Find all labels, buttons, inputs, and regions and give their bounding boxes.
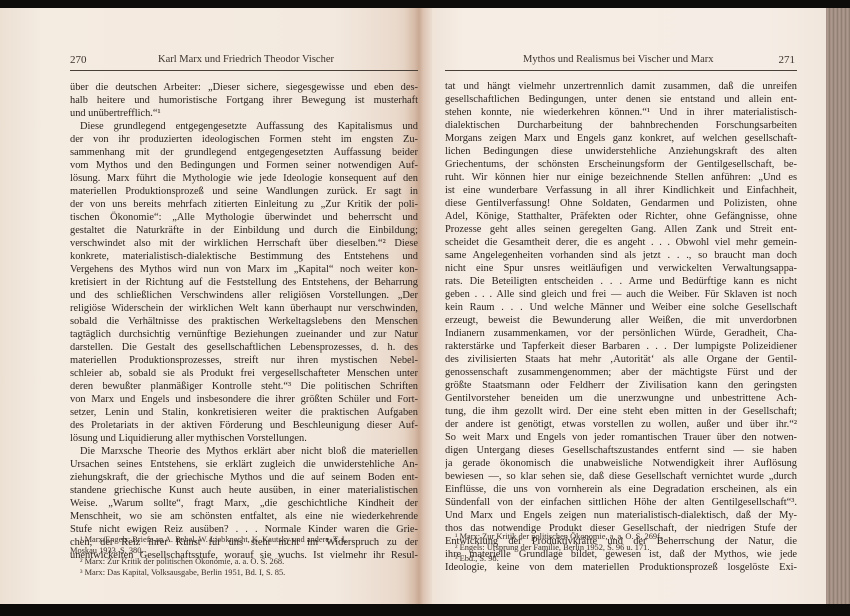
text-line: scheidet die Gesamtheit derer, die es an… [445, 236, 797, 249]
text-line: sammenhang mit der grundlegend entgegeng… [70, 146, 418, 159]
text-line: So weit Marx und Engels von jeder romant… [445, 431, 797, 444]
text-line: nicht eine Spur unsres weitläufigen und … [445, 262, 797, 275]
text-line: Die Marxsche Theorie des Mythos erklärt … [70, 445, 418, 458]
text-line: vom Mythos und den Bedingungen und Forme… [70, 159, 418, 172]
text-line: Vergehens des Mythos wird nun von Marx i… [70, 263, 418, 276]
text-line: des Proletariats in der aktiven Förderun… [70, 419, 418, 432]
footnote: ² Engels: Ursprung der Familie, Berlin 1… [445, 542, 795, 553]
footnote: ³ Marx: Das Kapital, Volksausgabe, Berli… [70, 567, 420, 578]
text-line: standene griechische Kunst auch heute au… [70, 484, 418, 497]
text-line: kein Raum . . . Und welche Männer und We… [445, 301, 797, 314]
text-line: und des schließlichen Verschwindens alle… [70, 289, 418, 302]
text-line: Prozesse geht alles seinen geregelten Ga… [445, 223, 797, 236]
text-line: Und Marx und Engels zeigen nun materiali… [445, 509, 797, 522]
text-line: gestaltet die Naturkräfte in der Einbild… [70, 224, 418, 237]
text-line: stehen konnte, nie wiederkehren können.“… [445, 106, 797, 119]
text-line: Adel, Könige, Statthalter, Präfekten ode… [445, 210, 797, 223]
text-line: des zivilisierten Staats hat mehr ‚Autor… [445, 353, 797, 366]
text-line: ziehungskraft, die der griechische Mytho… [70, 471, 418, 484]
footnote-continuation: Moskau 1933. S. 380. [70, 545, 420, 556]
text-line: bewiesen —, so klar sehen sie, daß diese… [445, 470, 797, 483]
text-line: konkrete, materialistisch-dialektische B… [70, 250, 418, 263]
left-running-header: 270 Karl Marx und Friedrich Theodor Visc… [70, 54, 418, 71]
text-line-italic-start: religiöse Widerschein der wirklichen Wel… [70, 302, 418, 315]
text-line: rats. Die Beteiligten entscheiden . . . … [445, 275, 797, 288]
text-line: der von uns bereits mehrfach zitierten E… [70, 198, 418, 211]
page-edges [826, 8, 850, 604]
left-page-number: 270 [70, 54, 87, 66]
text-line: materiellen Produktionsprozeß und seine … [70, 185, 418, 198]
text-line: gesellschaftlichen Bedingungen, unter de… [445, 93, 797, 106]
text-line: digen Untergang dieses Gesellschaftszust… [445, 444, 797, 457]
text-line: Morgans zeigen Marx und Engels ganz konk… [445, 132, 797, 145]
text-line: Diese grundlegend entgegengesetzte Auffa… [70, 120, 418, 133]
right-running-head-title: Mythos und Realismus bei Vischer und Mar… [523, 54, 714, 65]
right-running-header: Mythos und Realismus bei Vischer und Mar… [445, 54, 797, 71]
text-line: setzer, Lenin und Stalin, konkretisieren… [70, 406, 418, 419]
table-surface [0, 604, 850, 616]
text-line: geben . . . Alle sind gleich und frei — … [445, 288, 797, 301]
open-book: 270 Karl Marx und Friedrich Theodor Visc… [0, 8, 850, 604]
text-line: materiellen Produktionsprozesses, streif… [70, 354, 418, 367]
text-line: schleier ab, sobald sie als Produkt frei… [70, 367, 418, 380]
footnote: ³ Ebd., S. 98. [445, 553, 795, 564]
text-line: über die deutschen Arbeiter: „Dieser sic… [70, 81, 418, 94]
left-footnotes: ¹ Marx/Engels: Briefe an A. Bebel, W. Li… [70, 534, 420, 578]
text-line: rakterstärke und Tapferkeit dieser Barba… [445, 340, 797, 353]
text-line: Gentilvorsteher beneiden um die unerzwun… [445, 392, 797, 405]
text-line: ja gerade ökonomisch die unabweisliche N… [445, 457, 797, 470]
text-line: sobald die Verhältnisse des praktischen … [70, 315, 418, 328]
text-line: ist eine wunderbare Verfassung in all ih… [445, 184, 797, 197]
text-line: Indianern zusammenkamen, vor der persönl… [445, 327, 797, 340]
footnote: ¹ Marx/Engels: Briefe an A. Bebel, W. Li… [70, 534, 420, 545]
text-line: deren bewußter planmäßiger Kontrolle ste… [70, 380, 418, 393]
text-line: same Angelegenheiten vorhanden sind als … [445, 249, 797, 262]
left-body-text: über die deutschen Arbeiter: „Dieser sic… [70, 81, 418, 562]
text-line: lösung und Liquidierung aller mythischen… [70, 432, 418, 445]
text-line: darstellen. Die Gestalt des gesellschaft… [70, 341, 418, 354]
text-line: dialektischen Durcharbeitung der bahnbre… [445, 119, 797, 132]
left-running-head-title: Karl Marx und Friedrich Theodor Vischer [158, 54, 334, 65]
text-line: größte Staatsmann oder Feldherr der Zivi… [445, 379, 797, 392]
text-line: halb heitere und humoristische Fortgang … [70, 94, 418, 107]
text-line: Griechentums, der schönsten Erscheinungs… [445, 158, 797, 171]
right-page-number: 271 [779, 54, 796, 66]
text-line: Einflüsse, die uns von vornherein als ei… [445, 483, 797, 496]
text-line: genossenschaft zusammengenommen; aber de… [445, 366, 797, 379]
text-line: kretisiert in der Richtung auf die Fests… [70, 276, 418, 289]
text-line: der andere ist genötigt, etwas vorstelle… [445, 418, 797, 431]
text-line: Ursachen seines Entstehens, sie erklärt … [70, 458, 418, 471]
text-line: diese Gentilverfassung! Ohne Soldaten, G… [445, 197, 797, 210]
text-line: lichen Bedingungen diese unwiderstehlich… [445, 145, 797, 158]
text-line: ruht. Wir können hier nur einige bezeich… [445, 171, 797, 184]
footnote: ² Marx: Zur Kritik der politischen Ökono… [70, 556, 420, 567]
text-line: Weise. „Warum sollte“, fragt Marx, „die … [70, 497, 418, 510]
text-line: von Marx und Engels und insbesondere die… [70, 393, 418, 406]
text-line: und unübertrefflich.“¹ [70, 107, 418, 120]
text-line: verschwindet also mit der wirklichen Her… [70, 237, 418, 250]
text-line: tischen Ökonomie“: „Alle Mythologie über… [70, 211, 418, 224]
text-line: Menschheit, wo sie am schönsten entfalte… [70, 510, 418, 523]
right-body-text: tat und hängt vielmehr unzertrennlich da… [445, 80, 797, 574]
text-line: Sündenfall von der einfachen sittlichen … [445, 496, 797, 509]
text-line: tat und hängt vielmehr unzertrennlich da… [445, 80, 797, 93]
right-footnotes: ¹ Marx: Zur Kritik der politischen Ökono… [445, 531, 795, 564]
text-line: tagtäglich durchsichtig vernünftige Bezi… [70, 328, 418, 341]
text-line: tung, die ihm gezollt wird. Der eine ste… [445, 405, 797, 418]
text-line: lösung. Marx führt die Mythologie wie je… [70, 172, 418, 185]
text-line: erzeugt, beweist die Bewunderung aller W… [445, 314, 797, 327]
footnote: ¹ Marx: Zur Kritik der politischen Ökono… [445, 531, 795, 542]
text-line: der von ihr produzierten ideologischen F… [70, 133, 418, 146]
